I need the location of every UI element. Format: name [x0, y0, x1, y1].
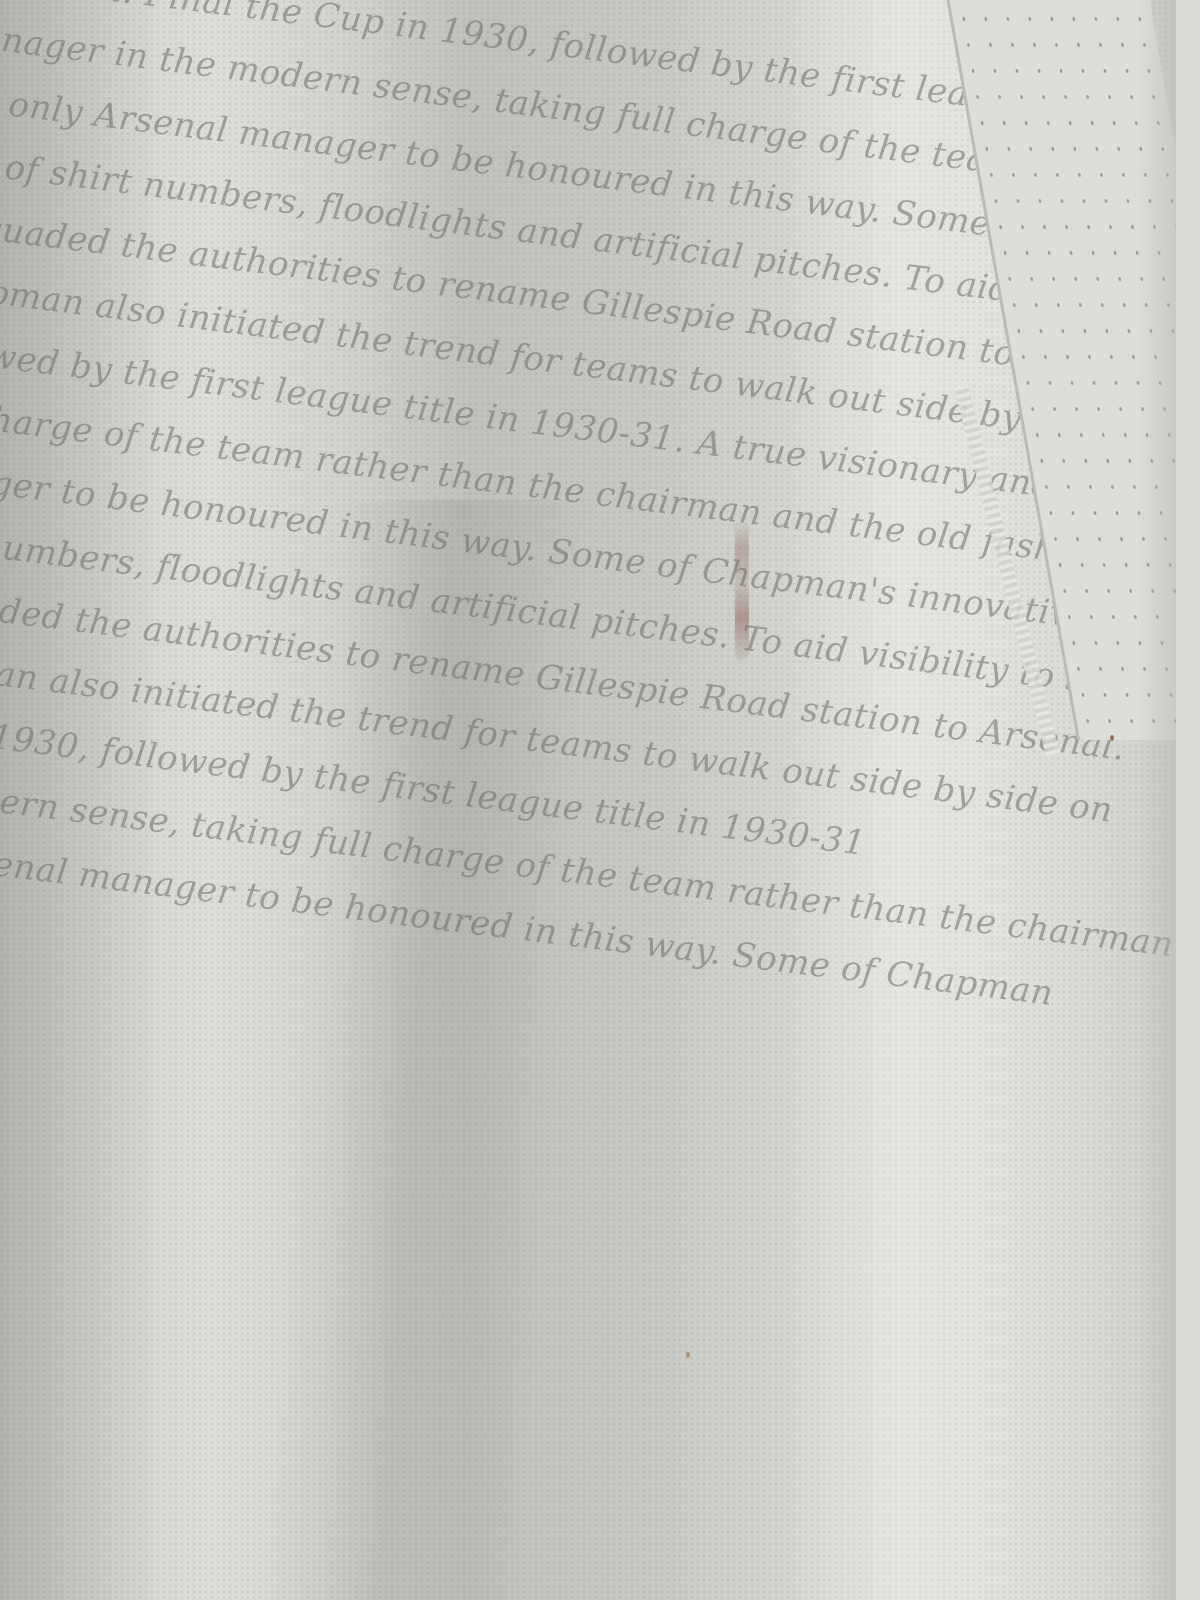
fabric-spot [686, 1352, 690, 1358]
fabric-spot [1110, 735, 1114, 741]
fabric-stain [735, 520, 749, 660]
jersey-edge [1136, 0, 1176, 1600]
